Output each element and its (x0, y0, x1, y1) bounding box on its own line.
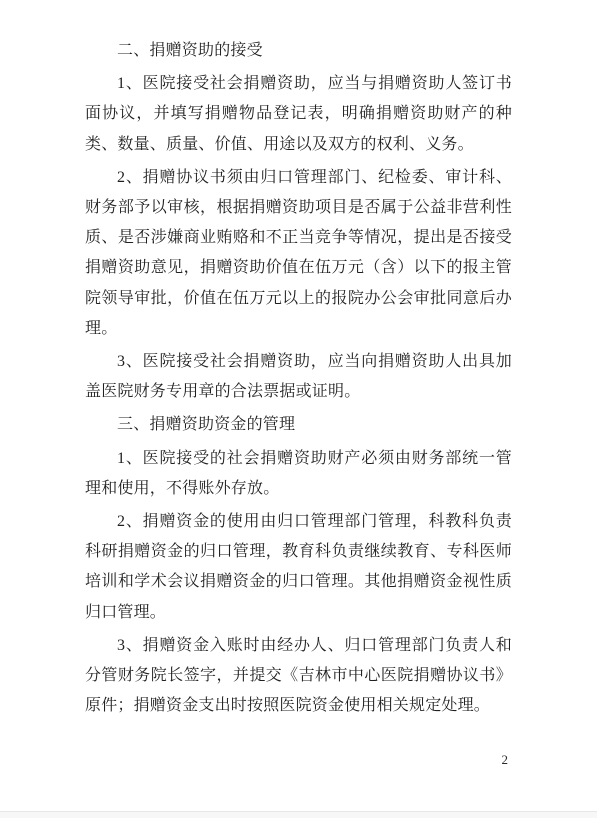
paragraph: 1、医院接受社会捐赠资助，应当与捐赠资助人签订书面协议，并填写捐赠物品登记表，明… (85, 69, 512, 160)
paragraph: 2、捐赠协议书须由归口管理部门、纪检委、审计科、财务部予以审核，根据捐赠资助项目… (85, 163, 512, 344)
page-number: 2 (85, 752, 512, 768)
paragraph: 3、捐赠资金入账时由经办人、归口管理部门负责人和分管财务院长签字，并提交《吉林市… (85, 631, 512, 722)
paragraph: 1、医院接受的社会捐赠资助财产必须由财务部统一管理和使用，不得账外存放。 (85, 444, 512, 504)
page-bottom-edge (0, 811, 597, 818)
document-page: 二、捐赠资助的接受 1、医院接受社会捐赠资助，应当与捐赠资助人签订书面协议，并填… (0, 0, 597, 818)
section-heading: 三、捐赠资助资金的管理 (85, 410, 512, 440)
paragraph: 3、医院接受社会捐赠资助，应当向捐赠资助人出具加盖医院财务专用章的合法票据或证明… (85, 347, 512, 407)
section-heading: 二、捐赠资助的接受 (85, 36, 512, 66)
document-body: 二、捐赠资助的接受 1、医院接受社会捐赠资助，应当与捐赠资助人签订书面协议，并填… (85, 36, 512, 724)
paragraph: 2、捐赠资金的使用由归口管理部门管理，科教科负责科研捐赠资金的归口管理，教育科负… (85, 507, 512, 628)
